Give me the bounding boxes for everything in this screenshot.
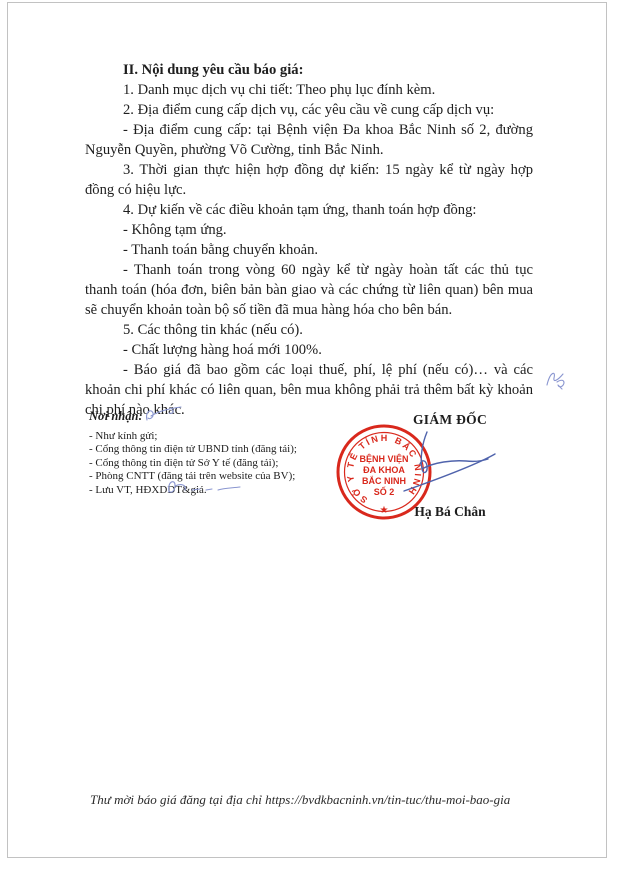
recipient-item: - Cổng thông tin điện tử Sở Y tế (đăng t…	[89, 457, 359, 470]
recipient-item: - Cổng thông tin điện tử UBND tỉnh (đăng…	[89, 443, 359, 456]
body-paragraph: 1. Danh mục dịch vụ chi tiết: Theo phụ l…	[85, 80, 533, 100]
director-signature	[398, 427, 506, 499]
footer-note: Thư mời báo giá đăng tại địa chỉ https:/…	[90, 792, 550, 808]
body-paragraph: 3. Thời gian thực hiện hợp đồng dự kiến:…	[85, 160, 533, 200]
body-paragraph: - Không tạm ứng.	[85, 220, 533, 240]
body-paragraph: 5. Các thông tin khác (nếu có).	[85, 320, 533, 340]
recipients-label: Nơi nhận:	[89, 409, 359, 424]
document-body: II. Nội dung yêu cầu báo giá: 1. Danh mụ…	[85, 60, 533, 420]
body-paragraph: 4. Dự kiến về các điều khoản tạm ứng, th…	[85, 200, 533, 220]
signer-name: Hạ Bá Chân	[375, 504, 525, 520]
paraph-initials-recipients	[141, 403, 185, 427]
paraph-initials-body	[541, 365, 569, 393]
section-heading: II. Nội dung yêu cầu báo giá:	[85, 60, 533, 80]
body-paragraph: - Thanh toán bằng chuyển khoản.	[85, 240, 533, 260]
stamp-center-line: SỐ 2	[374, 486, 395, 497]
body-paragraph: - Chất lượng hàng hoá mới 100%.	[85, 340, 533, 360]
paraph-initials-archive	[160, 477, 244, 499]
recipient-item: - Như kính gửi;	[89, 430, 359, 443]
body-paragraph: 2. Địa điểm cung cấp dịch vụ, các yêu cầ…	[85, 100, 533, 120]
body-paragraph: - Địa điểm cung cấp: tại Bệnh viện Đa kh…	[85, 120, 533, 160]
body-paragraph: - Thanh toán trong vòng 60 ngày kể từ ng…	[85, 260, 533, 320]
